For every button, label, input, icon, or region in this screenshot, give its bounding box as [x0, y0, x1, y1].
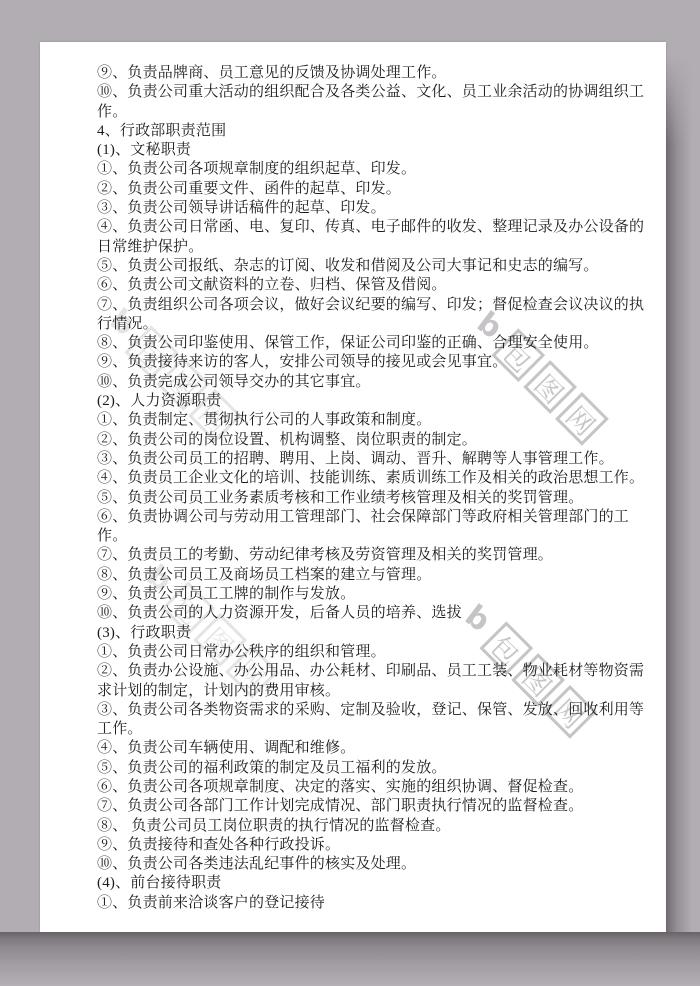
document-paragraph: 4、行政部职责范围 — [97, 122, 650, 141]
document-paragraph: ③、负责公司员工的招聘、聘用、上岗、调动、晋升、解聘等人事管理工作。 — [97, 450, 650, 469]
document-paragraph: ⑧、 负责公司员工岗位职责的执行情况的监督检查。 — [97, 817, 650, 836]
document-paragraph: ①、负责公司日常办公秩序的组织和管理。 — [97, 643, 650, 662]
document-paragraph: (3)、行政职责 — [97, 624, 650, 643]
document-paragraph: (2)、人力资源职责 — [97, 392, 650, 411]
document-paragraph: ⑨、负责接待来访的客人，安排公司领导的接见或会见事宜。 — [97, 353, 650, 372]
document-paragraph: ⑤、负责公司员工业务素质考核和工作业绩考核管理及相关的奖罚管理。 — [97, 489, 650, 508]
document-paragraph: ⑧、负责公司员工及商场员工档案的建立与管理。 — [97, 566, 650, 585]
document-paragraph: (1)、文秘职责 — [97, 141, 650, 160]
document-paragraph: ③、负责公司各类物资需求的采购、定制及验收，登记、保管、发放、回收利用等工作。 — [97, 701, 650, 740]
document-paragraph: ⑤、负责公司的福利政策的制定及员工福利的发放。 — [97, 759, 650, 778]
document-page: b 包 图 网 b 包 图 网 b 包 图 网 b 包 图 网 ⑨、负责品牌商、… — [40, 42, 666, 932]
document-paragraph: ⑦、负责员工的考勤、劳动纪律考核及劳资管理及相关的奖罚管理。 — [97, 546, 650, 565]
document-body: ⑨、负责品牌商、员工意见的反馈及协调处理工作。⑩、负责公司重大活动的组织配合及各… — [40, 42, 656, 913]
document-paragraph: ⑧、负责公司印鉴使用、保管工作，保证公司印鉴的正确、合理安全使用。 — [97, 334, 650, 353]
document-paragraph: ⑨、负责品牌商、员工意见的反馈及协调处理工作。 — [97, 64, 650, 83]
document-paragraph: ⑦、负责组织公司各项会议，做好会议纪要的编写、印发；督促检查会议决议的执行情况。 — [97, 296, 650, 335]
document-paragraph: ①、负责制定、贯彻执行公司的人事政策和制度。 — [97, 411, 650, 430]
document-paragraph: ⑥、负责公司各项规章制度、决定的落实、实施的组织协调、督促检查。 — [97, 778, 650, 797]
document-paragraph: ⑨、负责接待和查处各种行政投诉。 — [97, 836, 650, 855]
document-paragraph: ⑩、负责公司的人力资源开发，后备人员的培养、选拔 — [97, 604, 650, 623]
document-paragraph: ⑤、负责公司报纸、杂志的订阅、收发和借阅及公司大事记和史志的编写。 — [97, 257, 650, 276]
document-paragraph: ⑩、负责完成公司领导交办的其它事宜。 — [97, 373, 650, 392]
document-paragraph: ④、负责公司车辆使用、调配和维修。 — [97, 739, 650, 758]
document-paragraph: ④、负责员工企业文化的培训、技能训练、素质训练工作及相关的政治思想工作。 — [97, 469, 650, 488]
document-paragraph: ⑨、负责公司员工工牌的制作与发放。 — [97, 585, 650, 604]
document-paragraph: ⑥、负责协调公司与劳动用工管理部门、社会保障部门等政府相关管理部门的工作。 — [97, 508, 650, 547]
page-shadow-right — [666, 56, 692, 932]
document-paragraph: ②、负责公司重要文件、函件的起草、印发。 — [97, 180, 650, 199]
document-paragraph: ③、负责公司领导讲话稿件的起草、印发。 — [97, 199, 650, 218]
document-paragraph: ⑩、负责公司重大活动的组织配合及各类公益、文化、员工业余活动的协调组织工作。 — [97, 83, 650, 122]
document-paragraph: ⑩、负责公司各类违法乱纪事件的核实及处理。 — [97, 855, 650, 874]
page-background: { "page": { "background_color": "#b1adb2… — [0, 0, 700, 986]
document-paragraph: ②、负责办公设施、办公用品、办公耗材、印刷品、员工工装、物业耗材等物资需求计划的… — [97, 662, 650, 701]
document-paragraph: ①、负责前来洽谈客户的登记接待 — [97, 894, 650, 913]
document-paragraph: (4)、前台接待职责 — [97, 874, 650, 893]
document-paragraph: ①、负责公司各项规章制度的组织起草、印发。 — [97, 160, 650, 179]
document-paragraph: ②、负责公司的岗位设置、机构调整、岗位职责的制定。 — [97, 431, 650, 450]
document-paragraph: ⑥、负责公司文献资料的立卷、归档、保管及借阅。 — [97, 276, 650, 295]
page-shadow-bottom — [0, 932, 700, 986]
document-paragraph: ④、负责公司日常函、电、复印、传真、电子邮件的收发、整理记录及办公设备的日常维护… — [97, 218, 650, 257]
document-paragraph: ⑦、负责公司各部门工作计划完成情况、部门职责执行情况的监督检查。 — [97, 797, 650, 816]
